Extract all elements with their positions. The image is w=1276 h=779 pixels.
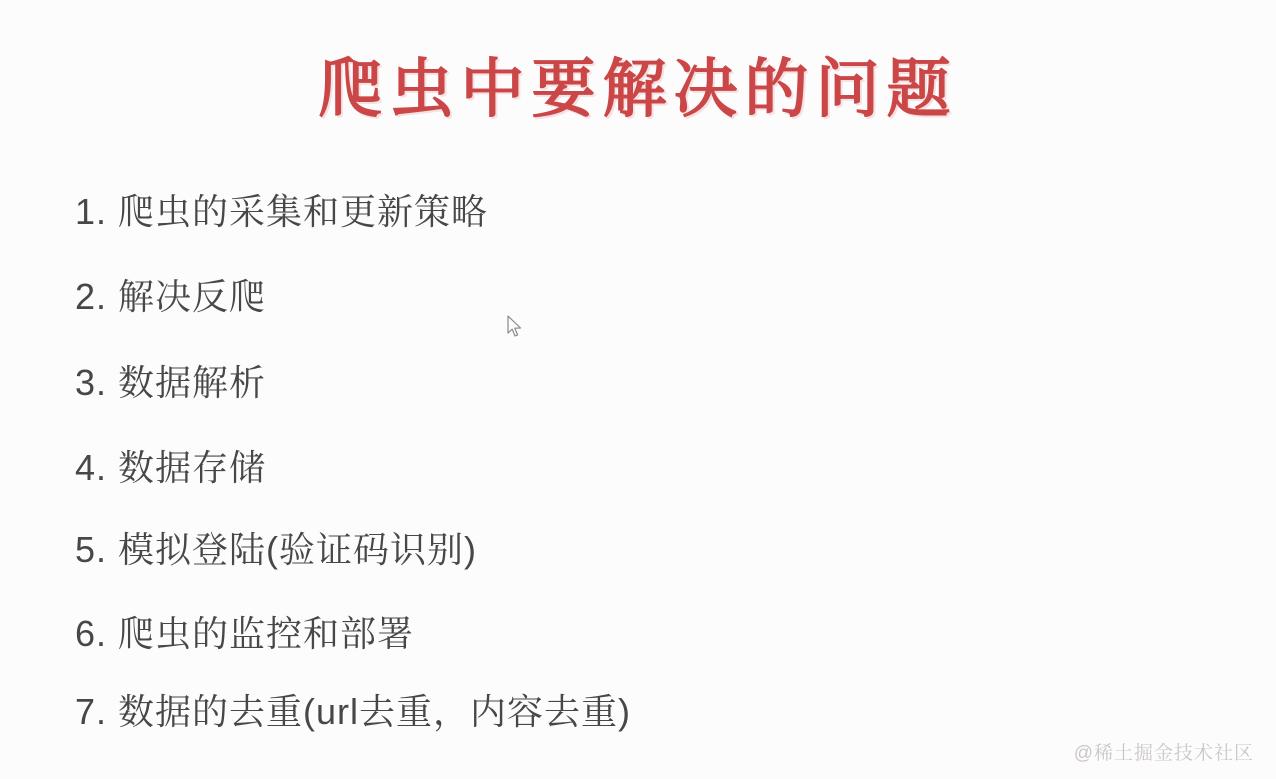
list-item: 5. 模拟登陆(验证码识别) [75,529,477,571]
slide-title: 爬虫中要解决的问题 [0,38,1276,130]
list-item: 3. 数据解析 [75,362,266,404]
slide: 爬虫中要解决的问题 1. 爬虫的采集和更新策略 2. 解决反爬 3. 数据解析 … [0,0,1276,779]
list-item: 2. 解决反爬 [75,276,266,318]
watermark: @稀土掘金技术社区 [1074,738,1254,765]
list-item: 4. 数据存储 [75,447,266,489]
list-item: 7. 数据的去重(url去重，内容去重) [75,691,631,733]
list-item: 6. 爬虫的监控和部署 [75,613,414,655]
mouse-arrow-cursor-icon [506,315,522,339]
list-item: 1. 爬虫的采集和更新策略 [75,191,488,233]
